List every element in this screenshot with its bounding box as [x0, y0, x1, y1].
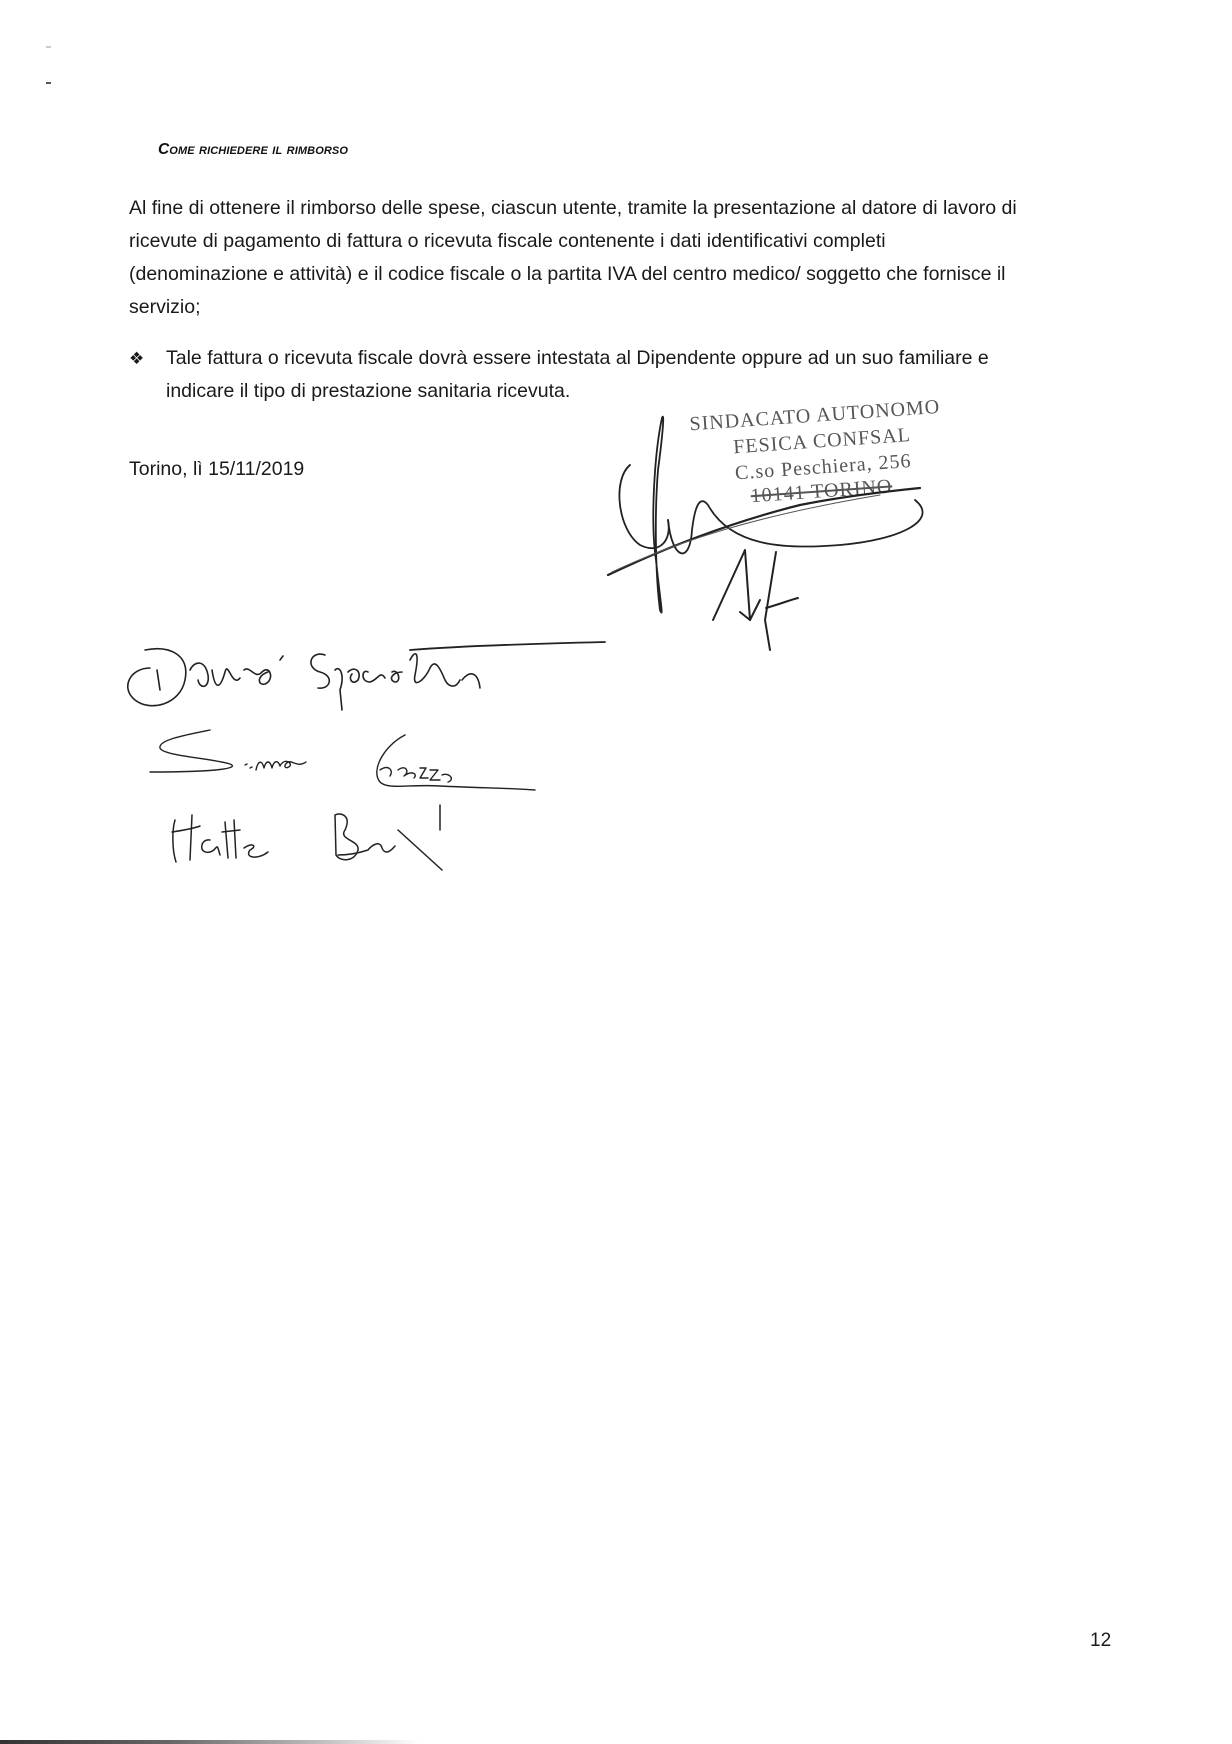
paragraph-line: Al fine di ottenere il rimborso delle sp… — [129, 192, 1109, 225]
section-title: Come richiedere il rimborso — [158, 141, 348, 159]
scan-artifact — [46, 82, 51, 84]
union-stamp: SINDACATO AUTONOMO FESICA CONFSAL C.so P… — [680, 381, 988, 522]
scan-artifact — [46, 46, 51, 48]
signature-simone — [150, 730, 306, 772]
signature-second-surname — [377, 735, 535, 790]
union-initials-signature — [713, 550, 798, 650]
page-number: 12 — [1090, 1630, 1111, 1652]
body-paragraph: Al fine di ottenere il rimborso delle sp… — [129, 192, 1109, 324]
scan-edge-shadow — [0, 1740, 420, 1744]
four-diamond-bullet-icon: ❖ — [129, 342, 151, 375]
signature-matteo-b — [172, 805, 442, 870]
bullet-line: Tale fattura o ricevuta fiscale dovrà es… — [166, 342, 989, 375]
document-page: Come richiedere il rimborso Al fine di o… — [0, 0, 1232, 1744]
paragraph-line: (denominazione e attività) e il codice f… — [129, 258, 1109, 291]
paragraph-line: servizio; — [129, 291, 1109, 324]
paragraph-line: ricevute di pagamento di fattura o ricev… — [129, 225, 1109, 258]
signature-dario-specialetti — [128, 642, 605, 710]
place-and-date: Torino, lì 15/11/2019 — [129, 458, 304, 481]
